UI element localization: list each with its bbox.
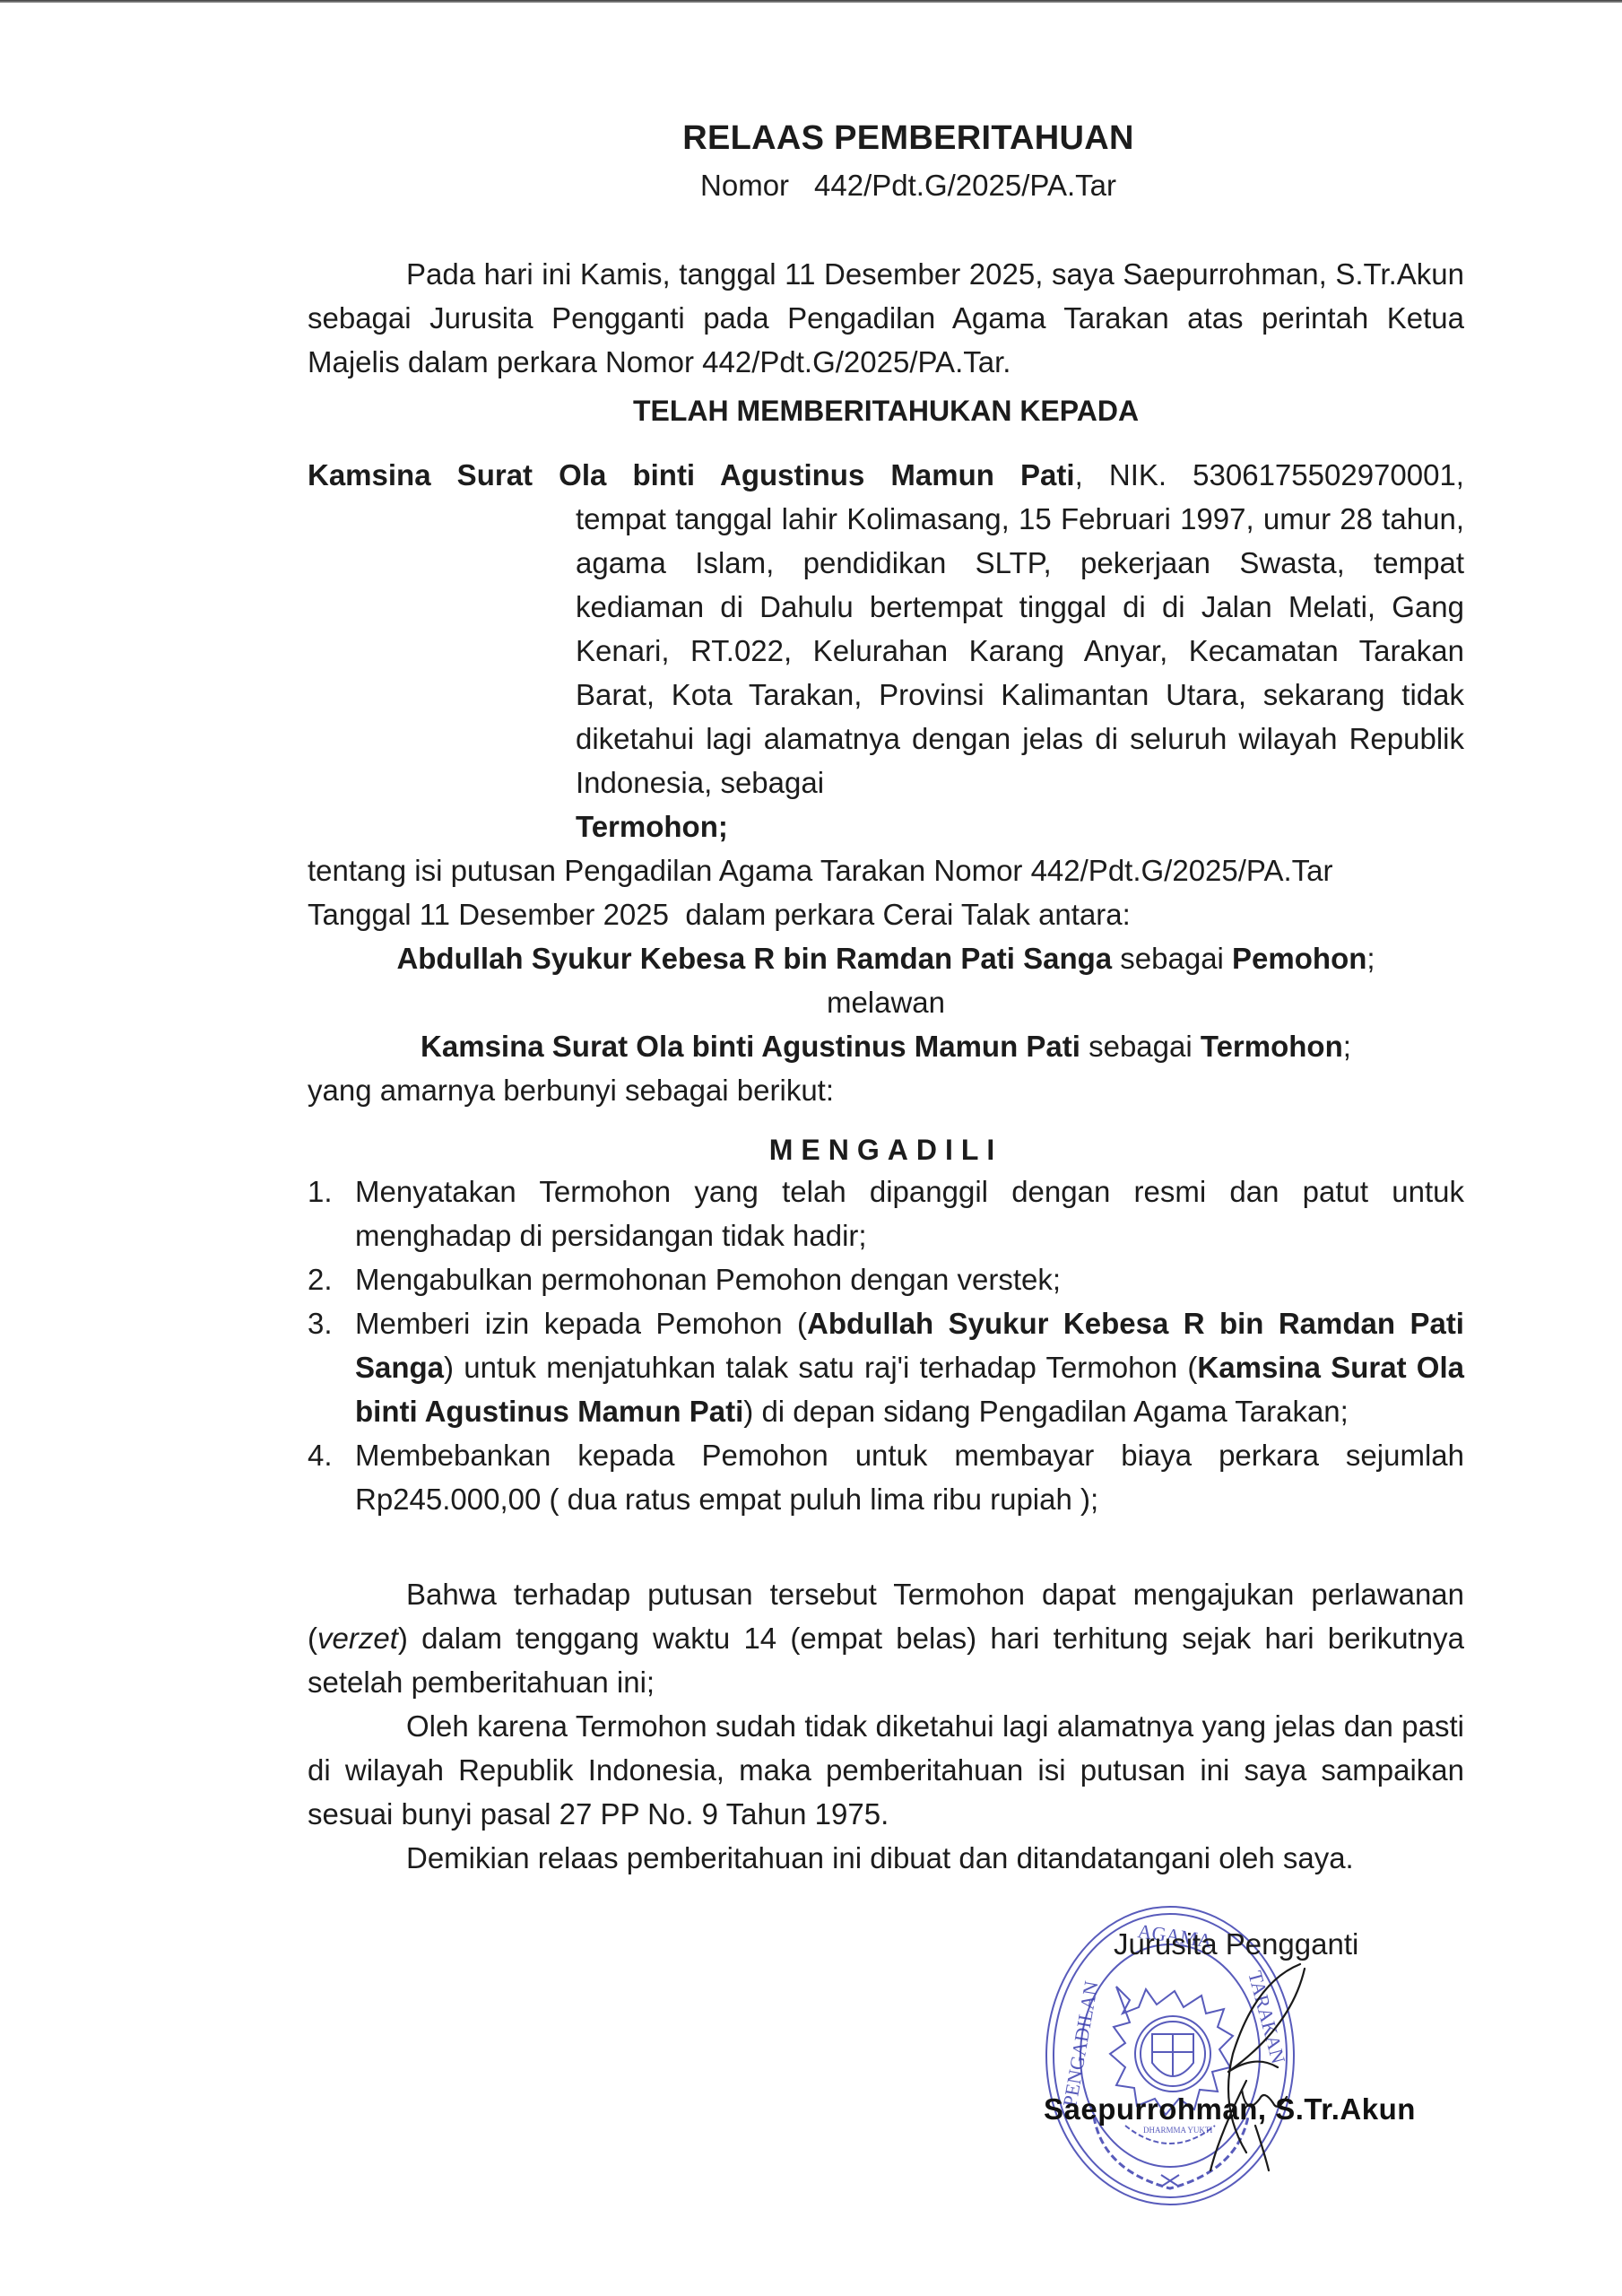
subject-section: tentang isi putusan Pengadilan Agama Tar… [308, 848, 1464, 936]
pemohon-sebagai: sebagai [1112, 942, 1232, 975]
verdict-item: 3. Memberi izin kepada Pemohon (Abdullah… [308, 1301, 1464, 1433]
document-number-value: 442/Pdt.G/2025/PA.Tar [814, 169, 1116, 202]
verdict-item: 4. Membebankan kepada Pemohon untuk memb… [308, 1433, 1464, 1521]
closing-paragraph-final: Demikian relaas pemberitahuan ini dibuat… [308, 1836, 1464, 1880]
verdict-item-number: 4. [308, 1433, 355, 1521]
recipient-details-text: tempat tanggal lahir Kolimasang, 15 Febr… [576, 502, 1464, 799]
termohon-sebagai: sebagai [1080, 1030, 1201, 1063]
verdict-item: 2. Mengabulkan permohonan Pemohon dengan… [308, 1257, 1464, 1301]
recipient-details: tempat tanggal lahir Kolimasang, 15 Febr… [576, 497, 1464, 848]
termohon-end: ; [1343, 1030, 1351, 1063]
scan-top-edge [0, 0, 1622, 3]
pemohon-name: Abdullah Syukur Kebesa R bin Ramdan Pati… [396, 942, 1112, 975]
document-number: Nomor442/Pdt.G/2025/PA.Tar [308, 166, 1464, 205]
verdict-item-text: Mengabulkan permohonan Pemohon dengan ve… [355, 1257, 1464, 1301]
verdict-item-number: 2. [308, 1257, 355, 1301]
verdict-item-number: 1. [308, 1170, 355, 1257]
verzet-term: verzet [317, 1622, 398, 1655]
termohon-name: Kamsina Surat Ola binti Agustinus Mamun … [421, 1030, 1080, 1063]
termohon-role: Termohon [1201, 1030, 1343, 1063]
opening-paragraph: Pada hari ini Kamis, tanggal 11 Desember… [308, 252, 1464, 384]
party-pemohon: Abdullah Syukur Kebesa R bin Ramdan Pati… [308, 936, 1464, 980]
amar-intro: yang amarnya berbunyi sebagai berikut: [308, 1068, 1464, 1112]
closing-paragraph-verzet: Bahwa terhadap putusan tersebut Termohon… [308, 1572, 1464, 1704]
verdict-item-text-part: ) untuk menjatuhkan talak satu raj'i ter… [444, 1351, 1197, 1384]
recipient-name: Kamsina Surat Ola binti Agustinus Mamun … [308, 458, 1075, 491]
document-title: RELAAS PEMBERITAHUAN [308, 118, 1464, 158]
signature-block: PENGADILAN AGAMA TARAKAN DHARMMA YUKTI J… [1031, 1892, 1497, 2233]
parties-section: Abdullah Syukur Kebesa R bin Ramdan Pati… [308, 936, 1464, 1068]
stamp-text-left: PENGADILAN [1058, 1979, 1102, 2109]
closing-text: ) dalam tenggang waktu 14 (empat belas) … [308, 1622, 1464, 1699]
signatory-name: Saepurrohman, S.Tr.Akun [1044, 2092, 1416, 2127]
recipient-nik: , NIK. 5306175502970001, [1075, 458, 1464, 491]
recipient-role: Termohon; [576, 810, 728, 843]
verdict-item-text: Membebankan kepada Pemohon untuk membaya… [355, 1433, 1464, 1521]
verdict-item-text-part: ) di depan sidang Pengadilan Agama Tarak… [743, 1395, 1349, 1428]
pemohon-end: ; [1366, 942, 1375, 975]
versus-label: melawan [308, 980, 1464, 1024]
closing-paragraph-address: Oleh karena Termohon sudah tidak diketah… [308, 1704, 1464, 1836]
party-termohon: Kamsina Surat Ola binti Agustinus Mamun … [308, 1024, 1464, 1068]
heading-verdict: MENGADILI [308, 1128, 1464, 1172]
verdict-item-number: 3. [308, 1301, 355, 1433]
heading-notify: TELAH MEMBERITAHUKAN KEPADA [308, 389, 1464, 433]
subject-line-1: tentang isi putusan Pengadilan Agama Tar… [308, 848, 1464, 892]
handwritten-signature-icon [1193, 1946, 1318, 2179]
recipient-first-line: Kamsina Surat Ola binti Agustinus Mamun … [308, 453, 1464, 497]
document-number-label: Nomor [700, 169, 789, 202]
verdict-item: 1. Menyatakan Termohon yang telah dipang… [308, 1170, 1464, 1257]
verdict-item-text: Memberi izin kepada Pemohon (Abdullah Sy… [355, 1301, 1464, 1433]
verdict-list: 1. Menyatakan Termohon yang telah dipang… [308, 1170, 1464, 1521]
verdict-item-text-part: Memberi izin kepada Pemohon ( [355, 1307, 807, 1340]
recipient-section: Kamsina Surat Ola binti Agustinus Mamun … [308, 453, 1464, 848]
pemohon-role: Pemohon [1232, 942, 1366, 975]
verdict-item-text: Menyatakan Termohon yang telah dipanggil… [355, 1170, 1464, 1257]
subject-line-2: Tanggal 11 Desember 2025 dalam perkara C… [308, 892, 1464, 936]
